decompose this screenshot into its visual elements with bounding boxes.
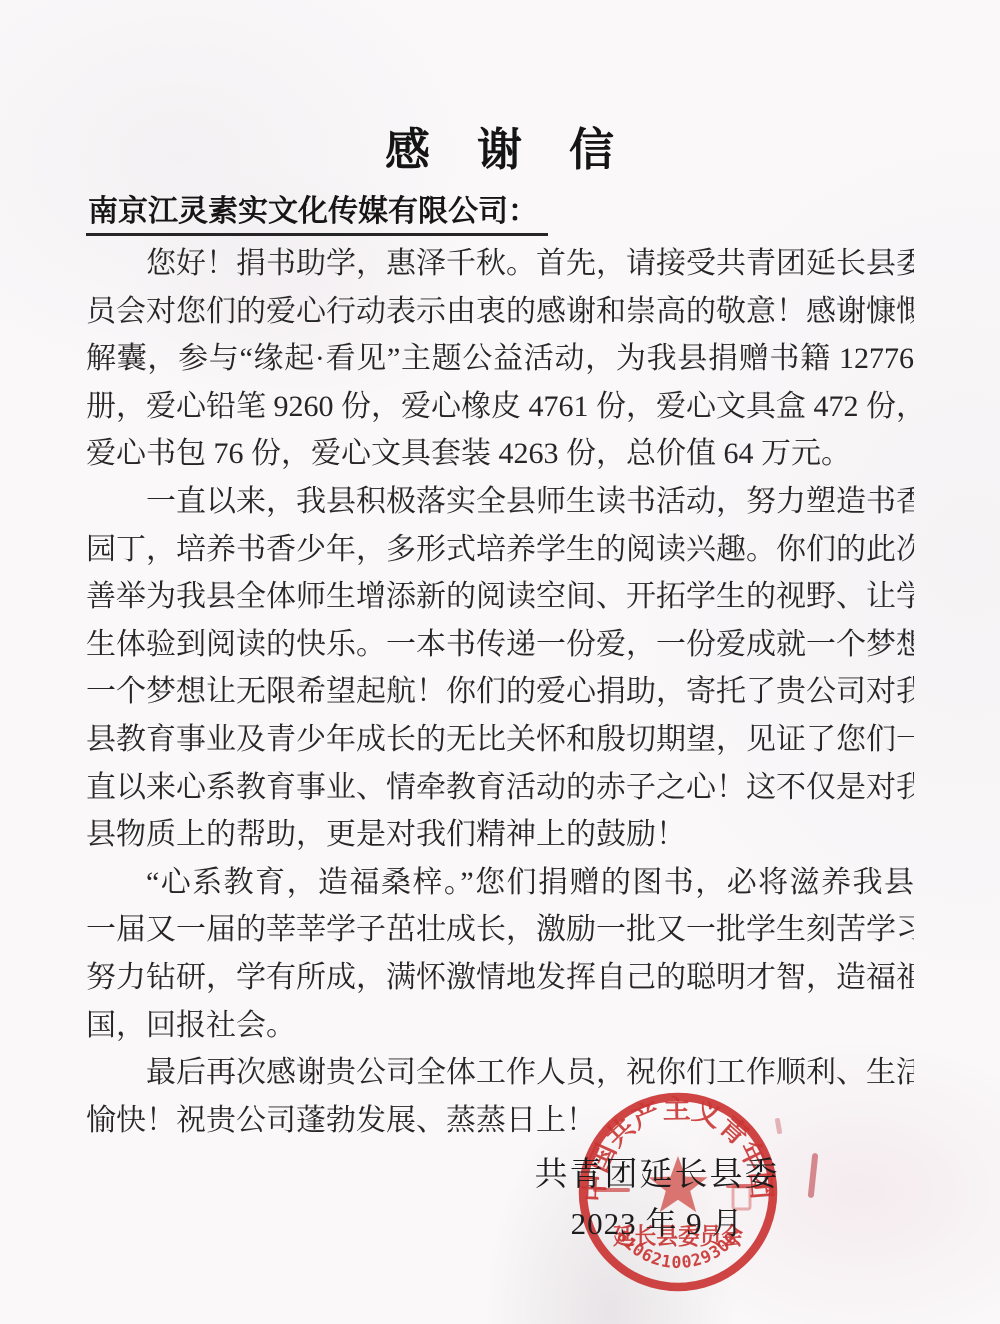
body-line: 生体验到阅读的快乐。一本书传递一份爱，一份爱成就一个梦想， xyxy=(86,621,914,669)
body-line: 解囊，参与“缘起·看见”主题公益活动，为我县捐赠书籍 12776 xyxy=(86,335,914,383)
body-line: 努力钻研，学有所成，满怀激情地发挥自己的聪明才智，造福祖 xyxy=(86,954,914,1002)
body-line: 县物质上的帮助，更是对我们精神上的鼓励！ xyxy=(86,811,914,859)
body-line: 县教育事业及青少年成长的无比关怀和殷切期望，见证了您们一 xyxy=(86,716,914,764)
letter-title: 感 谢 信 xyxy=(86,0,914,178)
recipient-salutation: 南京江灵素实文化传媒有限公司： xyxy=(86,192,548,236)
letter-body: 您好！捐书助学，惠泽千秋。首先，请接受共青团延长县委 员会对您们的爱心行动表示由… xyxy=(86,240,914,1144)
body-line: 您好！捐书助学，惠泽千秋。首先，请接受共青团延长县委 xyxy=(86,240,914,288)
signature-block: 共青团延长县委 2023 年 9 月 xyxy=(491,1154,823,1244)
body-line: 园丁，培养书香少年，多形式培养学生的阅读兴趣。你们的此次 xyxy=(86,526,914,574)
body-line: 一个梦想让无限希望起航！你们的爱心捐助，寄托了贵公司对我 xyxy=(86,668,914,716)
salutation-row: 南京江灵素实文化传媒有限公司： xyxy=(86,192,914,236)
body-line: 册，爱心铅笔 9260 份，爱心橡皮 4761 份，爱心文具盒 472 份， xyxy=(86,383,914,431)
body-line: 愉快！祝贵公司蓬勃发展、蒸蒸日上！ xyxy=(86,1097,914,1145)
letter-page: 感 谢 信 南京江灵素实文化传媒有限公司： 您好！捐书助学，惠泽千秋。首先，请接… xyxy=(0,0,1000,1324)
body-line: 一直以来，我县积极落实全县师生读书活动，努力塑造书香 xyxy=(86,478,914,526)
letter-content: 感 谢 信 南京江灵素实文化传媒有限公司： 您好！捐书助学，惠泽千秋。首先，请接… xyxy=(0,0,1000,1144)
body-line: 善举为我县全体师生增添新的阅读空间、开拓学生的视野、让学 xyxy=(86,573,914,621)
body-line: 员会对您们的爱心行动表示由衷的感谢和崇高的敬意！感谢慷慨 xyxy=(86,288,914,336)
signature-org: 共青团延长县委 xyxy=(491,1154,823,1196)
body-line: 国，回报社会。 xyxy=(86,1002,914,1050)
body-line: “心系教育，造福桑梓。”您们捐赠的图书，必将滋养我县 xyxy=(86,859,914,907)
body-line: 最后再次感谢贵公司全体工作人员，祝你们工作顺利、生活 xyxy=(86,1049,914,1097)
body-line: 直以来心系教育事业、情牵教育活动的赤子之心！这不仅是对我 xyxy=(86,764,914,812)
body-line: 爱心书包 76 份，爱心文具套装 4263 份，总价值 64 万元。 xyxy=(86,430,914,478)
signature-date: 2023 年 9 月 xyxy=(491,1204,823,1244)
body-line: 一届又一届的莘莘学子茁壮成长，激励一批又一批学生刻苦学习， xyxy=(86,906,914,954)
